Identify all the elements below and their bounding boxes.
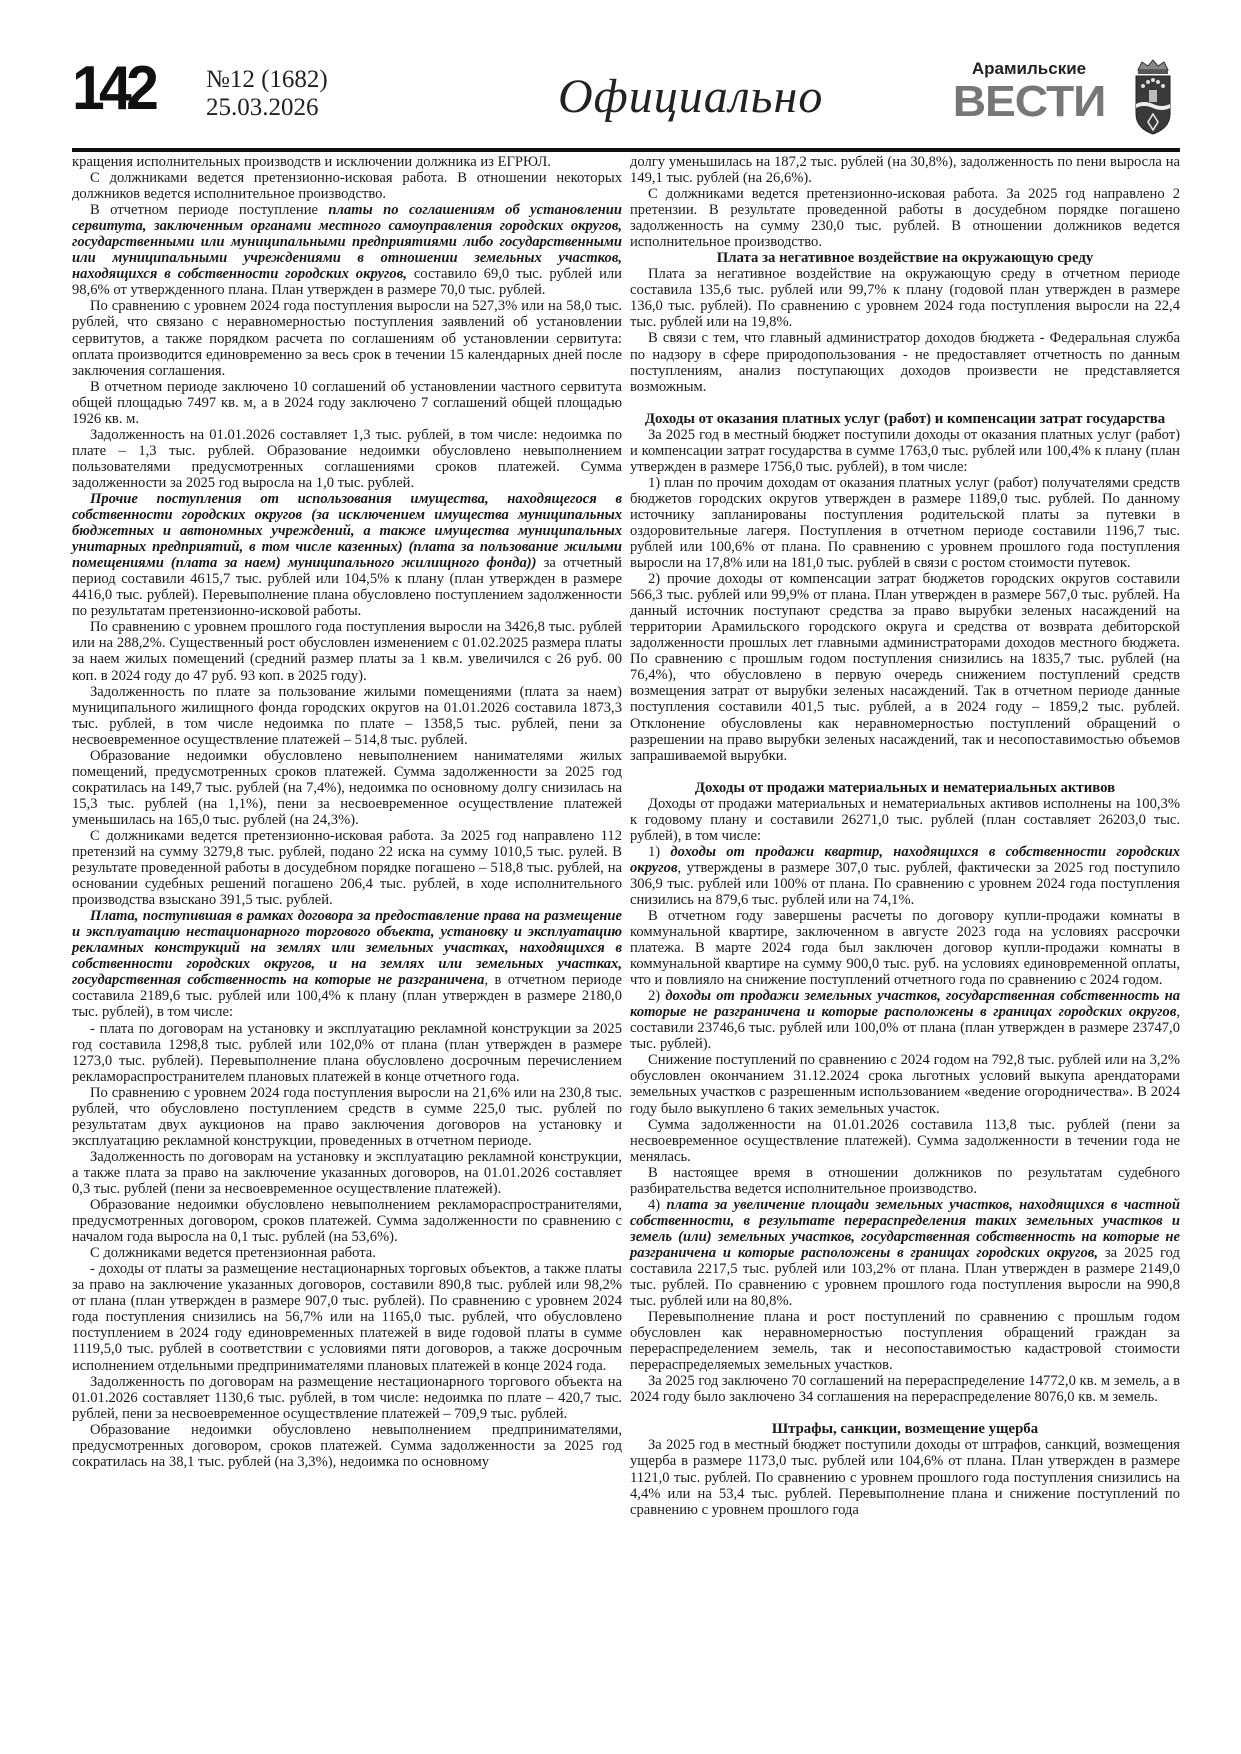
logo-top-text: Арамильские <box>944 60 1114 78</box>
paragraph: С должниками ведется претензионно-искова… <box>72 170 622 202</box>
issue-info: №12 (1682) 25.03.2026 <box>206 66 328 122</box>
page-header: 142 №12 (1682) 25.03.2026 Официально Ара… <box>0 0 1241 140</box>
paragraph: кращения исполнительных производств и ис… <box>72 154 622 170</box>
issue-date: 25.03.2026 <box>206 94 328 122</box>
section-heading-fines: Штрафы, санкции, возмещение ущерба <box>630 1421 1180 1437</box>
paragraph: В связи с тем, что главный администратор… <box>630 330 1180 394</box>
article-column-right: долгу уменьшилась на 187,2 тыс. рублей (… <box>630 154 1180 1518</box>
paragraph: Задолженность по договорам на установку … <box>72 1149 622 1197</box>
paragraph: 1) доходы от продажи квартир, находящихс… <box>630 844 1180 908</box>
header-divider <box>72 148 1180 152</box>
paragraph: С должниками ведется претензионно-искова… <box>630 186 1180 250</box>
paragraph: В отчетном году завершены расчеты по дог… <box>630 908 1180 988</box>
paragraph: Плата, поступившая в рамках договора за … <box>72 908 622 1020</box>
paragraph: Задолженность по плате за пользование жи… <box>72 684 622 748</box>
paragraph: 2) прочие доходы от компенсации затрат б… <box>630 571 1180 764</box>
article-column-left: кращения исполнительных производств и ис… <box>72 154 622 1470</box>
page-number: 142 <box>72 58 153 120</box>
paragraph: По сравнению с уровнем 2024 года поступл… <box>72 298 622 378</box>
paragraph: Снижение поступлений по сравнению с 2024… <box>630 1052 1180 1116</box>
paragraph: - плата по договорам на установку и эксп… <box>72 1021 622 1085</box>
paragraph: Прочие поступления от использования имущ… <box>72 491 622 619</box>
paragraph: С должниками ведется претензионная работ… <box>72 1245 622 1261</box>
section-heading-assets: Доходы от продажи материальных и нематер… <box>630 780 1180 796</box>
logo-main-text: ВЕСТИ <box>940 78 1119 126</box>
paragraph: 4) плата за увеличение площади земельных… <box>630 1197 1180 1309</box>
paragraph: Образование недоимки обусловлено невыпол… <box>72 1197 622 1245</box>
paragraph: долгу уменьшилась на 187,2 тыс. рублей (… <box>630 154 1180 186</box>
paragraph: По сравнению с уровнем 2024 года поступл… <box>72 1085 622 1149</box>
newspaper-logo: Арамильские ВЕСТИ <box>944 60 1114 140</box>
paragraph: Образование недоимки обусловлено невыпол… <box>72 1422 622 1470</box>
paragraph: По сравнению с уровнем прошлого года пос… <box>72 619 622 683</box>
paragraph: Задолженность на 01.01.2026 составляет 1… <box>72 427 622 491</box>
issue-number: №12 (1682) <box>206 66 328 94</box>
paragraph: Плата за негативное воздействие на окруж… <box>630 266 1180 330</box>
paragraph: Доходы от продажи материальных и нематер… <box>630 796 1180 844</box>
paragraph: Образование недоимки обусловлено невыпол… <box>72 748 622 828</box>
section-title: Официально <box>558 70 823 124</box>
emphasis: доходы от продажи земельных участков, го… <box>630 988 1180 1020</box>
paragraph: В отчетном периоде поступление платы по … <box>72 202 622 298</box>
paragraph: Перевыполнение плана и рост поступлений … <box>630 1309 1180 1373</box>
paragraph: За 2025 год заключено 70 соглашений на п… <box>630 1373 1180 1405</box>
paragraph: С должниками ведется претензионно-искова… <box>72 828 622 908</box>
paragraph: 2) доходы от продажи земельных участков,… <box>630 988 1180 1052</box>
paragraph: За 2025 год в местный бюджет поступили д… <box>630 1437 1180 1517</box>
section-heading-services: Доходы от оказания платных услуг (работ)… <box>630 411 1180 427</box>
paragraph: В настоящее время в отношении должников … <box>630 1165 1180 1197</box>
paragraph: В отчетном периоде заключено 10 соглашен… <box>72 379 622 427</box>
paragraph: - доходы от платы за размещение нестацио… <box>72 1261 622 1373</box>
paragraph: 1) план по прочим доходам от оказания пл… <box>630 475 1180 571</box>
section-heading-environment: Плата за негативное воздействие на окруж… <box>630 250 1180 266</box>
paragraph: За 2025 год в местный бюджет поступили д… <box>630 427 1180 475</box>
paragraph: Задолженность по договорам на размещение… <box>72 1374 622 1422</box>
paragraph: Сумма задолженности на 01.01.2026 состав… <box>630 1117 1180 1165</box>
coat-of-arms-icon <box>1130 56 1176 138</box>
